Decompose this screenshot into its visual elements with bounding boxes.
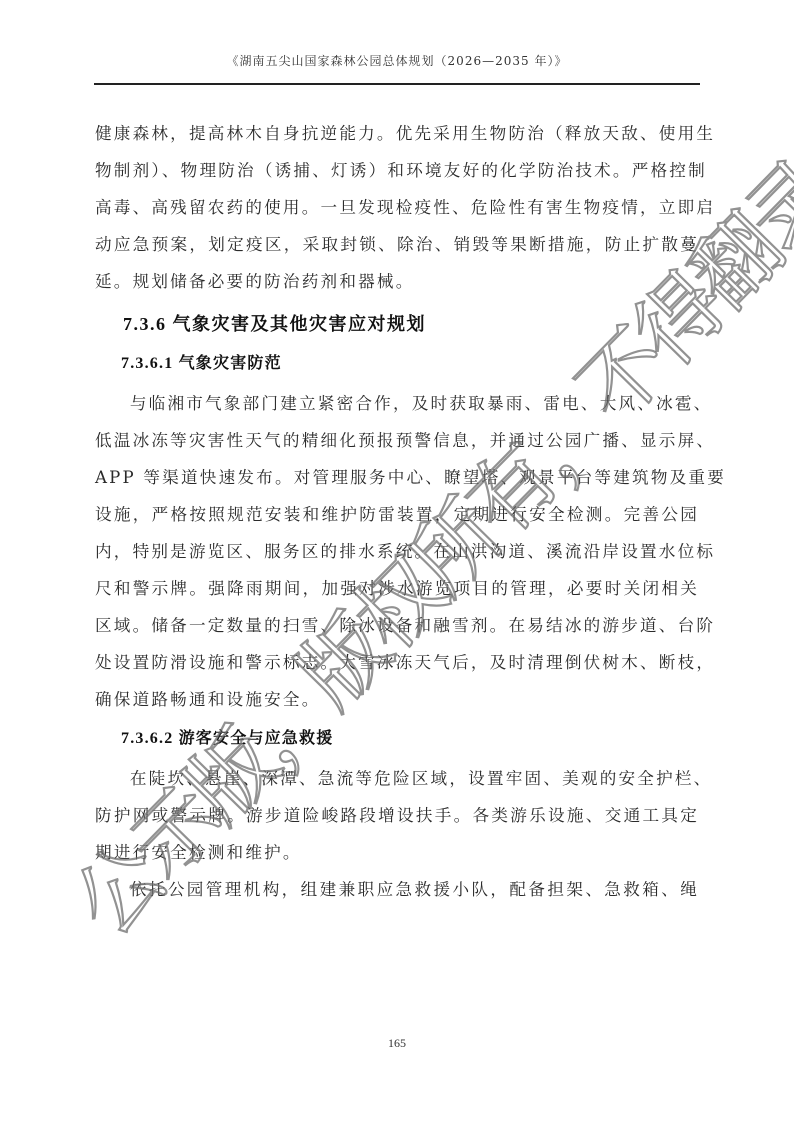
text-line: 延。规划储备必要的防治药剂和器械。 xyxy=(95,263,699,300)
text-line: 防护网或警示牌。游步道险峻路段增设扶手。各类游乐设施、交通工具定 xyxy=(95,797,699,834)
body-text: 健康森林，提高林木自身抗逆能力。优先采用生物防治（释放天敌、使用生 物制剂）、物… xyxy=(95,115,699,908)
section-heading-7-3-6-1: 7.3.6.1 气象灾害防范 xyxy=(95,345,699,385)
text-line: 区域。储备一定数量的扫雪、除冰设备和融雪剂。在易结冰的游步道、台阶 xyxy=(95,607,699,644)
page-number: 165 xyxy=(0,1036,794,1051)
paragraph-weather-disaster-prevention: 与临湘市气象部门建立紧密合作，及时获取暴雨、雷电、大风、冰雹、 低温冰冻等灾害性… xyxy=(95,385,699,718)
header-divider xyxy=(94,83,700,85)
text-line: APP 等渠道快速发布。对管理服务中心、瞭望塔、观景平台等建筑物及重要 xyxy=(95,459,699,496)
text-line: 确保道路畅通和设施安全。 xyxy=(95,681,699,718)
text-line: 健康森林，提高林木自身抗逆能力。优先采用生物防治（释放天敌、使用生 xyxy=(95,115,699,152)
text-line: 依托公园管理机构，组建兼职应急救援小队，配备担架、急救箱、绳 xyxy=(95,871,699,908)
text-line: 动应急预案，划定疫区，采取封锁、除治、销毁等果断措施，防止扩散蔓 xyxy=(95,226,699,263)
text-line: 在陡坎、悬崖、深潭、急流等危险区域，设置牢固、美观的安全护栏、 xyxy=(95,760,699,797)
text-line: 低温冰冻等灾害性天气的精细化预报预警信息，并通过公园广播、显示屏、 xyxy=(95,422,699,459)
running-header: 《湖南五尖山国家森林公园总体规划（2026—2035 年）》 xyxy=(94,52,700,69)
paragraph-continued: 健康森林，提高林木自身抗逆能力。优先采用生物防治（释放天敌、使用生 物制剂）、物… xyxy=(95,115,699,300)
text-line: 处设置防滑设施和警示标志。大雪冰冻天气后，及时清理倒伏树木、断枝， xyxy=(95,644,699,681)
text-line: 尺和警示牌。强降雨期间，加强对涉水游览项目的管理，必要时关闭相关 xyxy=(95,570,699,607)
section-heading-7-3-6: 7.3.6 气象灾害及其他灾害应对规划 xyxy=(95,300,699,345)
paragraph-emergency-rescue: 依托公园管理机构，组建兼职应急救援小队，配备担架、急救箱、绳 xyxy=(95,871,699,908)
text-line: 与临湘市气象部门建立紧密合作，及时获取暴雨、雷电、大风、冰雹、 xyxy=(95,385,699,422)
text-line: 设施，严格按照规范安装和维护防雷装置，定期进行安全检测。完善公园 xyxy=(95,496,699,533)
paragraph-visitor-safety: 在陡坎、悬崖、深潭、急流等危险区域，设置牢固、美观的安全护栏、 防护网或警示牌。… xyxy=(95,760,699,871)
text-line: 内，特别是游览区、服务区的排水系统。在山洪沟道、溪流沿岸设置水位标 xyxy=(95,533,699,570)
text-line: 高毒、高残留农药的使用。一旦发现检疫性、危险性有害生物疫情，立即启 xyxy=(95,189,699,226)
document-page: 《湖南五尖山国家森林公园总体规划（2026—2035 年）》 健康森林，提高林木… xyxy=(0,0,794,1122)
text-line: 期进行安全检测和维护。 xyxy=(95,834,699,871)
section-heading-7-3-6-2: 7.3.6.2 游客安全与应急救援 xyxy=(95,720,699,760)
text-line: 物制剂）、物理防治（诱捕、灯诱）和环境友好的化学防治技术。严格控制 xyxy=(95,152,699,189)
